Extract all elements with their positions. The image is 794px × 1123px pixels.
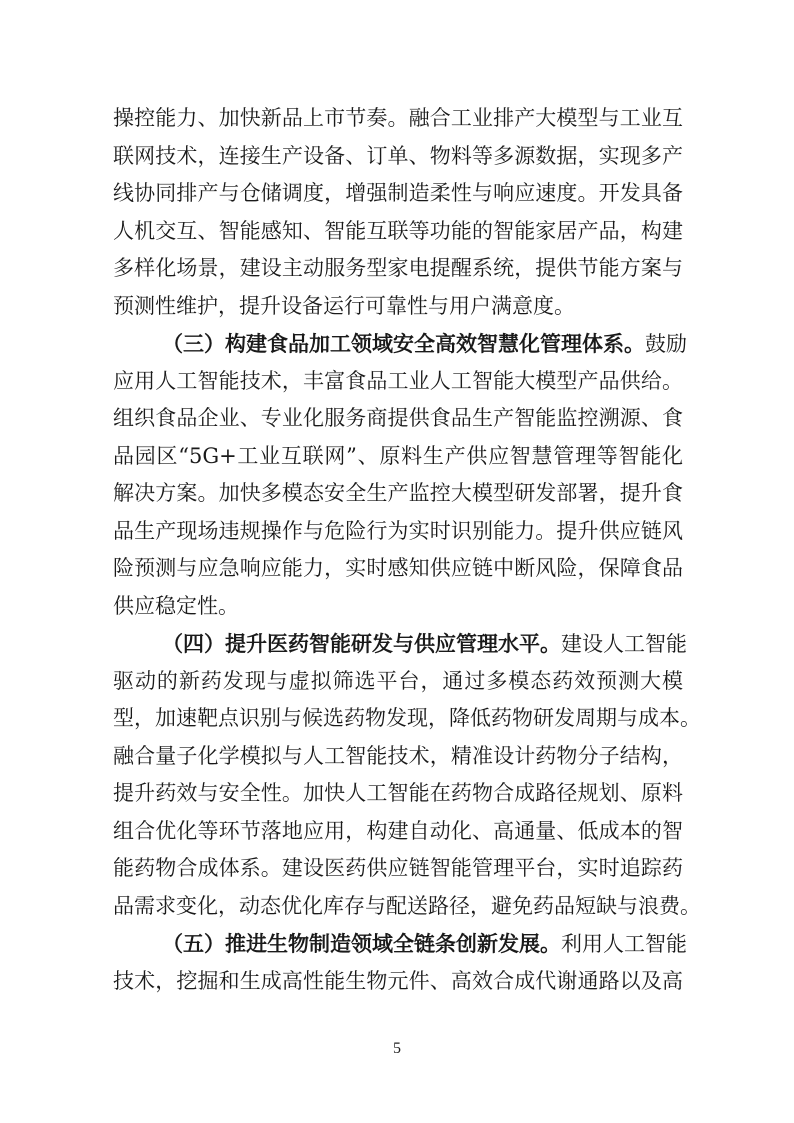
section-heading-5: （五）推进生物制造领域全链条创新发展。 (162, 931, 561, 956)
text-line: 技术，挖掘和生成高性能生物元件、高效合成代谢通路以及高 (113, 963, 683, 1001)
text-line: 应用人工智能技术，丰富食品工业人工智能大模型产品供给。 (113, 363, 683, 401)
text-line: 供应稳定性。 (113, 588, 683, 626)
text-line: 人机交互、智能感知、智能互联等功能的智能家居产品，构建 (113, 213, 683, 251)
text-line: 能药物合成体系。建设医药供应链智能管理平台，实时追踪药 (113, 850, 683, 888)
text-line: 多样化场景，建设主动服务型家电提醒系统，提供节能方案与 (113, 250, 683, 288)
text-line: 组合优化等环节落地应用，构建自动化、高通量、低成本的智 (113, 813, 683, 851)
text-line: 品需求变化，动态优化库存与配送路径，避免药品短缺与浪费。 (113, 888, 683, 926)
text-line: 品园区“5G+工业互联网”、原料生产供应智慧管理等智能化 (113, 438, 683, 476)
text-line: 品生产现场违规操作与危险行为实时识别能力。提升供应链风 (113, 513, 683, 551)
text-line: 型，加速靶点识别与候选药物发现，降低药物研发周期与成本。 (113, 700, 683, 738)
page-number: 5 (0, 1040, 794, 1058)
text-line: 提升药效与安全性。加快人工智能在药物合成路径规划、原料 (113, 775, 683, 813)
text-line: 预测性维护，提升设备运行可靠性与用户满意度。 (113, 288, 683, 326)
body-text: 操控能力、加快新品上市节奏。融合工业排产大模型与工业互 联网技术，连接生产设备、… (113, 100, 683, 1000)
text-line: 险预测与应急响应能力，实时感知供应链中断风险，保障食品 (113, 550, 683, 588)
document-page: 操控能力、加快新品上市节奏。融合工业排产大模型与工业互 联网技术，连接生产设备、… (0, 0, 794, 1123)
section-heading-3: （三）构建食品加工领域安全高效智慧化管理体系。 (162, 331, 645, 356)
section-text: 利用人工智能 (561, 932, 687, 956)
text-line: 操控能力、加快新品上市节奏。融合工业排产大模型与工业互 (113, 100, 683, 138)
section-4-first-line: （四）提升医药智能研发与供应管理水平。建设人工智能 (113, 625, 683, 663)
text-line: 驱动的新药发现与虚拟筛选平台，通过多模态药效预测大模 (113, 663, 683, 701)
text-line: 融合量子化学模拟与人工智能技术，精准设计药物分子结构， (113, 738, 683, 776)
section-text: 建设人工智能 (561, 632, 687, 656)
text-line: 组织食品企业、专业化服务商提供食品生产智能监控溯源、食 (113, 400, 683, 438)
section-5-first-line: （五）推进生物制造领域全链条创新发展。利用人工智能 (113, 925, 683, 963)
text-line: 联网技术，连接生产设备、订单、物料等多源数据，实现多产 (113, 138, 683, 176)
section-text: 鼓励 (645, 332, 687, 356)
section-heading-4: （四）提升医药智能研发与供应管理水平。 (162, 631, 561, 656)
text-line: 解决方案。加快多模态安全生产监控大模型研发部署，提升食 (113, 475, 683, 513)
section-3-first-line: （三）构建食品加工领域安全高效智慧化管理体系。鼓励 (113, 325, 683, 363)
text-line: 线协同排产与仓储调度，增强制造柔性与响应速度。开发具备 (113, 175, 683, 213)
